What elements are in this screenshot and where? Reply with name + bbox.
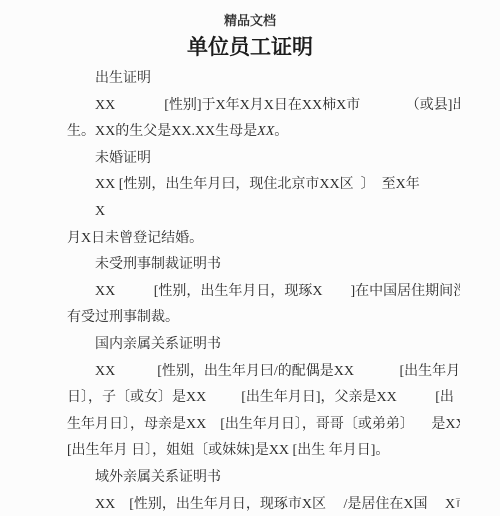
text-segment: XX [性别，出生年月曰，现住北京市XX区 〕 至X年 [95,177,420,192]
text-segment: 未婚证明 [95,151,151,166]
text-segment: XX [性别，出生年月日，现琢市X区 /是居住在X国 X市XX [95,497,460,512]
text-segment: 生。XX的生父是XX.XX生母是 [67,124,257,139]
body-line: XX [性别，出生年月日，现琢市X区 /是居住在X国 X市XX [67,492,460,516]
body-line: XX [性别，出生年月曰/的配偶是XX [出生年月 [67,359,460,386]
body-line: XX [性别，出生年月日，现琢X ]在中国居住期间没 [67,279,460,306]
watermark-header: 精品文档 [0,0,500,29]
text-segment: XX [性别]于X年X月X日在XX柿X市 （或县]出 [95,98,460,113]
text-segment: XX [性别，出生年月日，现琢X ]在中国居住期间没 [95,284,460,299]
text-segment: 月X日未曾登记结婚。 [67,231,203,246]
body-line: 有受过刑事制裁。 [67,305,460,332]
text-segment: 生年月日〕，母亲是XX [出生年月日〕，哥哥〔或弟弟〕 是XX [67,417,460,432]
text-segment: 出生证明 [95,71,151,86]
text-segment: 域外亲属关系证明书 [95,470,221,485]
page-title: 单位员工证明 [0,35,500,61]
text-segment: 。 [274,124,288,139]
body-line: X [67,199,460,226]
document-page: 精品文档 单位员工证明 出生证明XX [性别]于X年X月X日在XX柿X市 （或县… [0,0,500,516]
body-line: XX [性别]于X年X月X日在XX柿X市 （或县]出 [67,93,460,120]
text-segment: 国内亲属关系证明书 [95,337,221,352]
body-line: [出生年月 日〕，姐姐〔或妹妹]是XX [出生 年月日]。 [67,438,460,465]
section-heading-unmarried-cert: 未婚证明 [67,146,460,173]
section-heading-domestic-kinship-cert: 国内亲属关系证明书 [67,332,460,359]
body-line: 日〕，子〔或女〕是XX [出生年月日]，父亲是XX [出 [67,385,460,412]
text-segment: X [95,204,105,219]
italic-text-segment: XX [257,124,274,139]
document-body: 出生证明XX [性别]于X年X月X日在XX柿X市 （或县]出生。XX的生父是XX… [67,66,460,516]
text-segment: 未受刑事制裁证明书 [95,257,221,272]
body-line: 月X日未曾登记结婚。 [67,226,460,253]
text-segment: XX [性别，出生年月曰/的配偶是XX [出生年月 [95,364,460,379]
text-segment: 有受过刑事制裁。 [67,310,179,325]
section-heading-no-criminal-penalty-cert: 未受刑事制裁证明书 [67,252,460,279]
body-line: XX [性别，出生年月曰，现住北京市XX区 〕 至X年 [67,172,460,199]
section-heading-overseas-kinship-cert: 域外亲属关系证明书 [67,465,460,492]
text-segment: [出生年月 日〕，姐姐〔或妹妹]是XX [出生 年月日]。 [67,443,389,458]
section-heading-birth-cert: 出生证明 [67,66,460,93]
body-line: 生。XX的生父是XX.XX生母是XX。 [67,119,460,146]
text-segment: 日〕，子〔或女〕是XX [出生年月日]，父亲是XX [出 [67,390,454,405]
body-line: 生年月日〕，母亲是XX [出生年月日〕，哥哥〔或弟弟〕 是XX [67,412,460,439]
